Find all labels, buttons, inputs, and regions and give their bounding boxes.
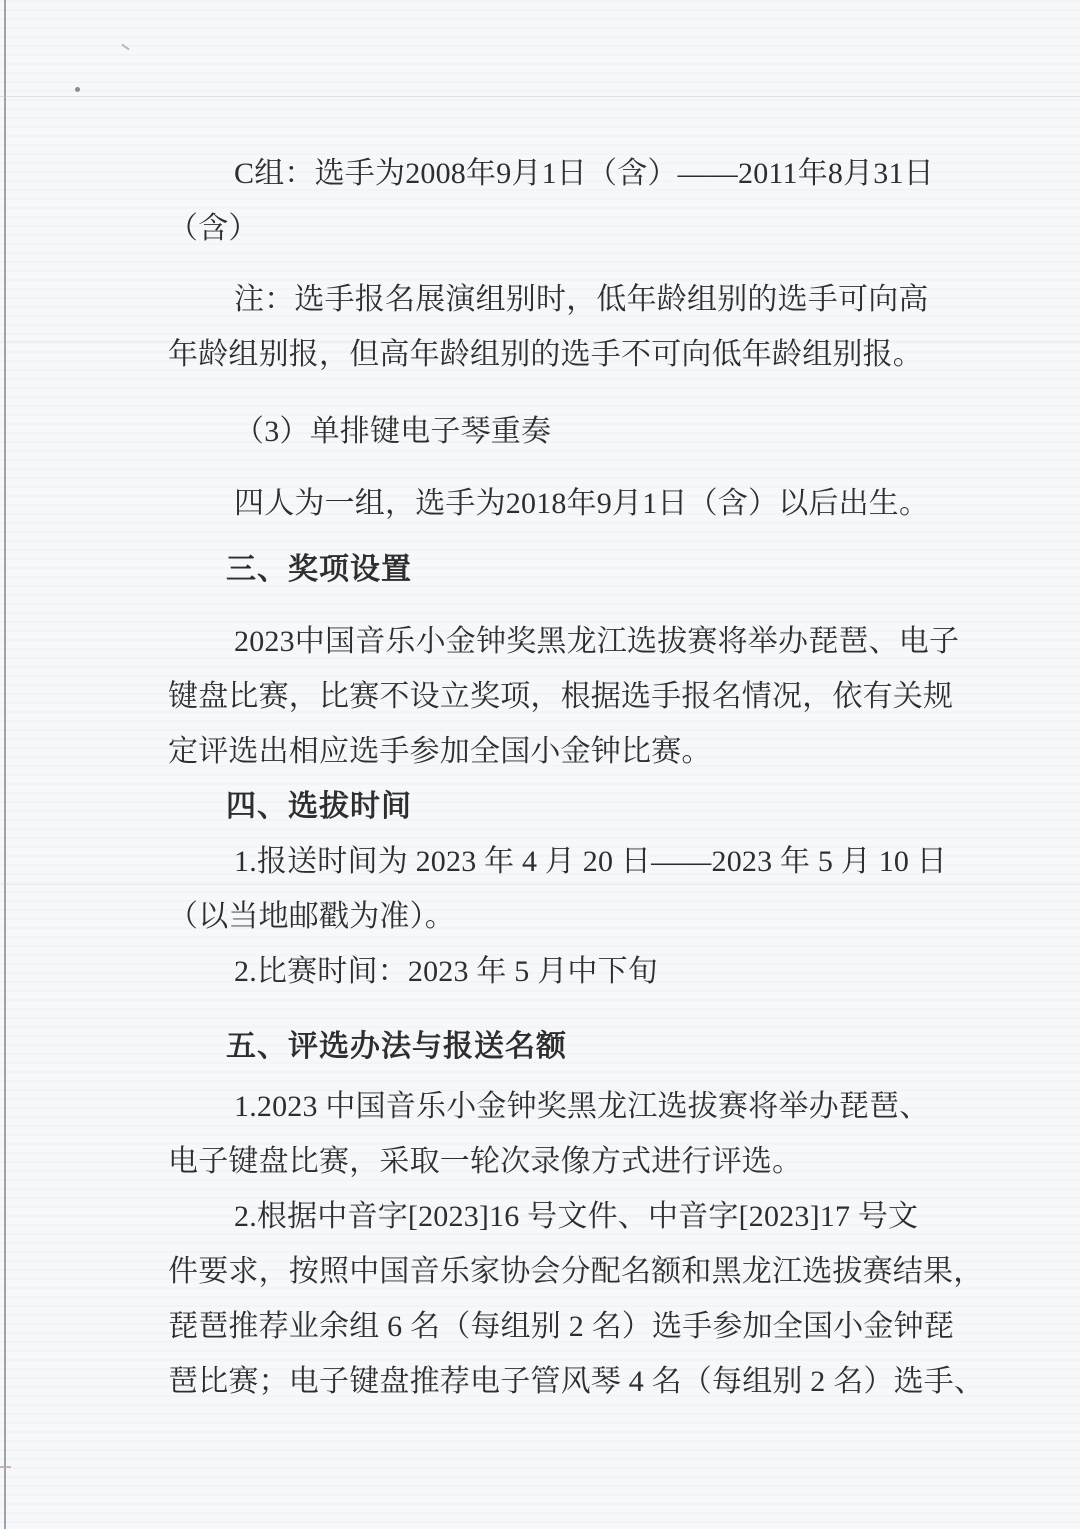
text-line: （含）	[168, 201, 958, 256]
text-line: 定评选出相应选手参加全国小金钟比赛。	[168, 724, 958, 779]
text-line: 2023中国音乐小金钟奖黑龙江选拔赛将举办琵琶、电子	[168, 614, 958, 669]
paragraph-selection-2: 2.根据中音字[2023]16 号文件、中音字[2023]17 号文 件要求，按…	[168, 1189, 958, 1409]
paragraph-item-3: （3）单排键电子琴重奏	[168, 404, 958, 459]
text-line: 件要求，按照中国音乐家协会分配名额和黑龙江选拔赛结果，	[168, 1244, 958, 1299]
text-line: C组：选手为2008年9月1日（含）——2011年8月31日	[168, 146, 958, 201]
text-line: 年龄组别报，但高年龄组别的选手不可向低年龄组别报。	[168, 327, 958, 382]
document-body: C组：选手为2008年9月1日（含）——2011年8月31日 （含） 注：选手报…	[168, 0, 958, 1409]
text-line: 键盘比赛，比赛不设立奖项，根据选手报名情况，依有关规	[168, 669, 958, 724]
text-line: （以当地邮戳为准）。	[168, 889, 958, 944]
scan-mark	[121, 44, 130, 51]
text-line: 四人为一组，选手为2018年9月1日（含）以后出生。	[168, 476, 958, 531]
text-line: 2.根据中音字[2023]16 号文件、中音字[2023]17 号文	[168, 1189, 958, 1244]
text-line: 注：选手报名展演组别时，低年龄组别的选手可向高	[168, 272, 958, 327]
scan-edge-line	[4, 0, 6, 1529]
text-line: （3）单排键电子琴重奏	[168, 404, 958, 459]
section-heading-awards: 三、奖项设置	[168, 542, 958, 597]
scanned-document-page: C组：选手为2008年9月1日（含）——2011年8月31日 （含） 注：选手报…	[0, 0, 1080, 1529]
paragraph-note: 注：选手报名展演组别时，低年龄组别的选手可向高 年龄组别报，但高年龄组别的选手不…	[168, 272, 958, 382]
heading-text: 四、选拔时间	[168, 779, 958, 834]
text-line: 1.报送时间为 2023 年 4 月 20 日——2023 年 5 月 10 日	[168, 834, 958, 889]
section-heading-selection: 五、评选办法与报送名额	[168, 1019, 958, 1074]
text-line: 电子键盘比赛，采取一轮次录像方式进行评选。	[168, 1134, 958, 1189]
text-line: 2.比赛时间：2023 年 5 月中下旬	[168, 944, 958, 999]
paragraph-competition-time: 2.比赛时间：2023 年 5 月中下旬	[168, 944, 958, 999]
text-line: 1.2023 中国音乐小金钟奖黑龙江选拔赛将举办琵琶、	[168, 1079, 958, 1134]
heading-text: 五、评选办法与报送名额	[168, 1019, 958, 1074]
paragraph-quartet: 四人为一组，选手为2018年9月1日（含）以后出生。	[168, 476, 958, 531]
section-heading-schedule: 四、选拔时间	[168, 779, 958, 834]
heading-text: 三、奖项设置	[168, 542, 958, 597]
paragraph-selection-1: 1.2023 中国音乐小金钟奖黑龙江选拔赛将举办琵琶、 电子键盘比赛，采取一轮次…	[168, 1079, 958, 1189]
scan-speck	[75, 87, 80, 92]
paragraph-submission-time: 1.报送时间为 2023 年 4 月 20 日——2023 年 5 月 10 日…	[168, 834, 958, 944]
text-line: 琶比赛；电子键盘推荐电子管风琴 4 名（每组别 2 名）选手、	[168, 1354, 958, 1409]
paragraph-group-c: C组：选手为2008年9月1日（含）——2011年8月31日 （含）	[168, 146, 958, 256]
scan-tick	[0, 1466, 11, 1468]
text-line: 琵琶推荐业余组 6 名（每组别 2 名）选手参加全国小金钟琵	[168, 1299, 958, 1354]
paragraph-awards: 2023中国音乐小金钟奖黑龙江选拔赛将举办琵琶、电子 键盘比赛，比赛不设立奖项，…	[168, 614, 958, 779]
